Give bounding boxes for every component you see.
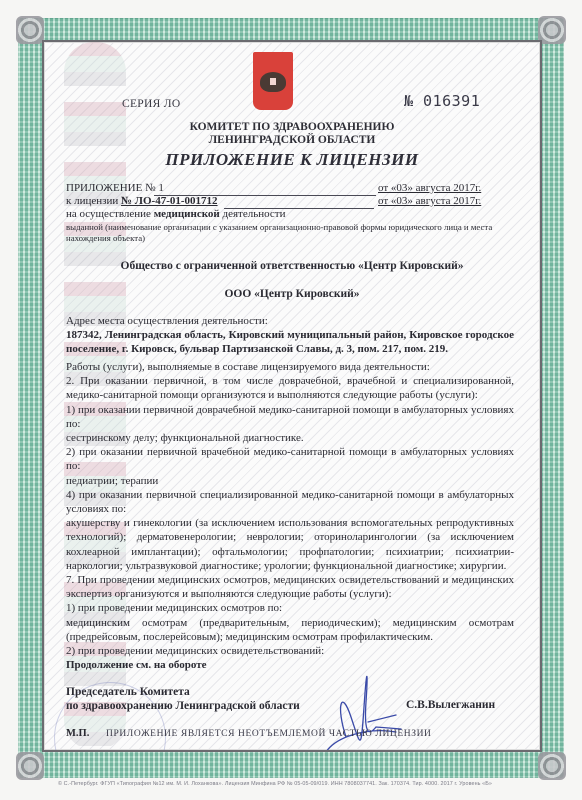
works-paragraph: педиатрии; терапии: [66, 474, 514, 488]
works-paragraph: акушерству и гинекологии (за исключением…: [66, 516, 514, 573]
works-paragraph: медицинским осмотрам (предварительным, п…: [66, 616, 514, 644]
works-paragraph: 7. При проведении медицинских осмотров, …: [66, 573, 514, 601]
continued-note: Продолжение см. на обороте: [66, 658, 514, 672]
printer-imprint: © С.-Петербург. ФГУП «Типография №12 им.…: [58, 781, 492, 787]
license-number: № ЛО-47-01-001712: [121, 195, 218, 207]
organization-full-name: Общество с ограниченной ответственностью…: [44, 260, 540, 272]
license-reference: к лицензии № ЛО-47-01-001712: [66, 195, 218, 207]
works-section: Работы (услуги), выполняемые в составе л…: [66, 360, 514, 672]
appendix-integral-note: ПРИЛОЖЕНИЕ ЯВЛЯЕТСЯ НЕОТЪЕМЛЕМОЙ ЧАСТЬЮ …: [106, 729, 432, 739]
position-line-2: по здравоохранению Ленинградской области: [66, 699, 300, 713]
works-paragraph: 2. При оказании первичной, в том числе д…: [66, 374, 514, 402]
issued-note: выданной (наименование организации с ука…: [66, 222, 496, 244]
issuing-authority: КОМИТЕТ ПО ЗДРАВООХРАНЕНИЮ ЛЕНИНГРАДСКОЙ…: [44, 121, 540, 147]
activity-kind: медицинской: [154, 208, 220, 220]
position-line-1: Председатель Комитета: [66, 685, 300, 699]
activity-prefix: на осуществление: [66, 208, 151, 220]
corner-ornament-icon: [16, 16, 44, 44]
double-headed-eagle-icon: [260, 66, 286, 96]
address-value: 187342, Ленинградская область, Кировский…: [66, 328, 514, 356]
authority-line-2: ЛЕНИНГРАДСКОЙ ОБЛАСТИ: [44, 134, 540, 147]
works-paragraph: сестринскому делу; функциональной диагно…: [66, 431, 514, 445]
corner-ornament-icon: [538, 752, 566, 780]
authority-line-1: КОМИТЕТ ПО ЗДРАВООХРАНЕНИЮ: [44, 121, 540, 134]
document-title: ПРИЛОЖЕНИЕ К ЛИЦЕНЗИИ: [44, 150, 540, 170]
license-appendix-sheet: СЕРИЯ ЛО № 016391 КОМИТЕТ ПО ЗДРАВООХРАН…: [18, 18, 564, 778]
activity-suffix: деятельности: [223, 208, 286, 220]
license-date: от «03» августа 2017г.: [378, 195, 481, 207]
series-label: СЕРИЯ ЛО: [122, 98, 180, 110]
appendix-number: ПРИЛОЖЕНИЕ № 1: [66, 182, 164, 194]
handwritten-signature-icon: [306, 667, 426, 752]
works-paragraph: 2) при проведении медицинских освидетель…: [66, 644, 514, 658]
address-section: Адрес места осуществления деятельности: …: [66, 314, 514, 357]
works-paragraph: 1) при оказании первичной доврачебной ме…: [66, 403, 514, 431]
russian-coat-of-arms-icon: [253, 52, 293, 110]
works-paragraph: 2) при оказании первичной врачебной меди…: [66, 445, 514, 473]
works-paragraph: 1) при проведении медицинских осмотров п…: [66, 601, 514, 615]
document-body: СЕРИЯ ЛО № 016391 КОМИТЕТ ПО ЗДРАВООХРАН…: [42, 40, 542, 752]
corner-ornament-icon: [16, 752, 44, 780]
works-intro: Работы (услуги), выполняемые в составе л…: [66, 360, 514, 374]
license-prefix: к лицензии: [66, 195, 118, 207]
seal-place-label: М.П.: [66, 728, 89, 739]
address-label: Адрес места осуществления деятельности:: [66, 314, 514, 328]
appendix-date: от «03» августа 2017г.: [378, 182, 481, 194]
works-paragraph: 4) при оказании первичной специализирова…: [66, 488, 514, 516]
signatory-position: Председатель Комитета по здравоохранению…: [66, 685, 300, 713]
activity-line: на осуществление медицинской деятельност…: [66, 208, 285, 220]
form-number: № 016391: [404, 92, 480, 110]
corner-ornament-icon: [538, 16, 566, 44]
organization-short-name: ООО «Центр Кировский»: [44, 288, 540, 300]
